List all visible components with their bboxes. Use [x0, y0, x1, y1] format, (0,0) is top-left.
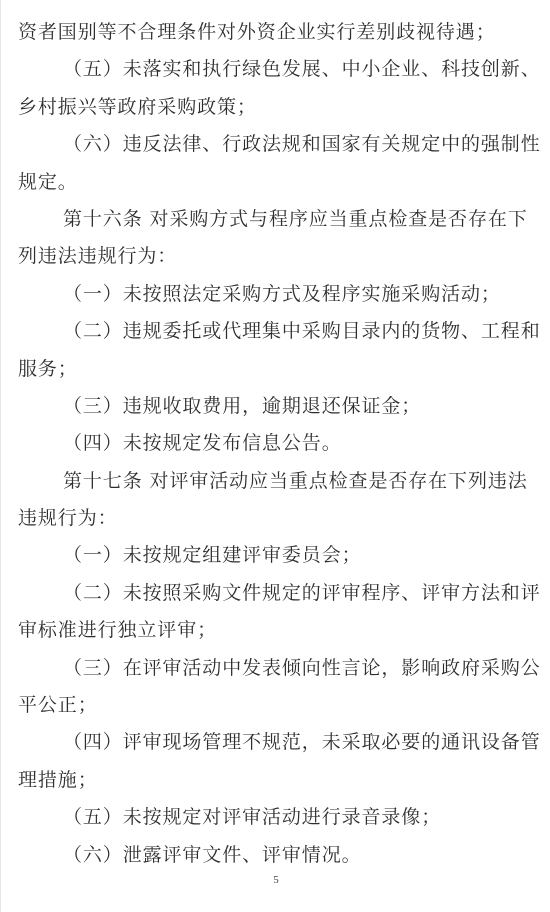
text-line: （一）未按规定组建评审委员会； [18, 537, 518, 574]
text-line: （五）未按规定对评审活动进行录音录像； [18, 799, 518, 836]
document-body: 资者国别等不合理条件对外资企业实行差别歧视待遇； （五）未落实和执行绿色发展、中… [18, 14, 518, 874]
text-line: 审标准进行独立评审； [18, 612, 518, 649]
text-line: 违规行为： [18, 500, 518, 537]
article-17-heading-line: 第十七条 对评审活动应当重点检查是否存在下列违法 [18, 463, 518, 500]
text-line: 规定。 [18, 164, 518, 201]
text-line: （四）评审现场管理不规范，未采取必要的通讯设备管 [18, 724, 518, 761]
text-line: 服务； [18, 351, 518, 388]
text-line: （三）违规收取费用，逾期退还保证金； [18, 388, 518, 425]
text-line: 列违法违规行为： [18, 238, 518, 275]
document-page: 资者国别等不合理条件对外资企业实行差别歧视待遇； （五）未落实和执行绿色发展、中… [0, 0, 550, 912]
text-line: （二）违规委托或代理集中采购目录内的货物、工程和 [18, 313, 518, 350]
text-line: （三）在评审活动中发表倾向性言论，影响政府采购公 [18, 650, 518, 687]
text-line: （四）未按规定发布信息公告。 [18, 425, 518, 462]
text-line: （五）未落实和执行绿色发展、中小企业、科技创新、 [18, 51, 518, 88]
text-line: 乡村振兴等政府采购政策； [18, 89, 518, 126]
text-line: （六）违反法律、行政法规和国家有关规定中的强制性 [18, 126, 518, 163]
text-line: （二）未按照采购文件规定的评审程序、评审方法和评 [18, 575, 518, 612]
text-line: （六）泄露评审文件、评审情况。 [18, 837, 518, 874]
text-line: 理措施； [18, 762, 518, 799]
text-line: 平公正； [18, 687, 518, 724]
text-line: 资者国别等不合理条件对外资企业实行差别歧视待遇； [18, 14, 518, 51]
article-16-heading-line: 第十六条 对采购方式与程序应当重点检查是否存在下 [18, 201, 518, 238]
text-line: （一）未按照法定采购方式及程序实施采购活动； [18, 276, 518, 313]
page-number: 5 [1, 874, 550, 886]
